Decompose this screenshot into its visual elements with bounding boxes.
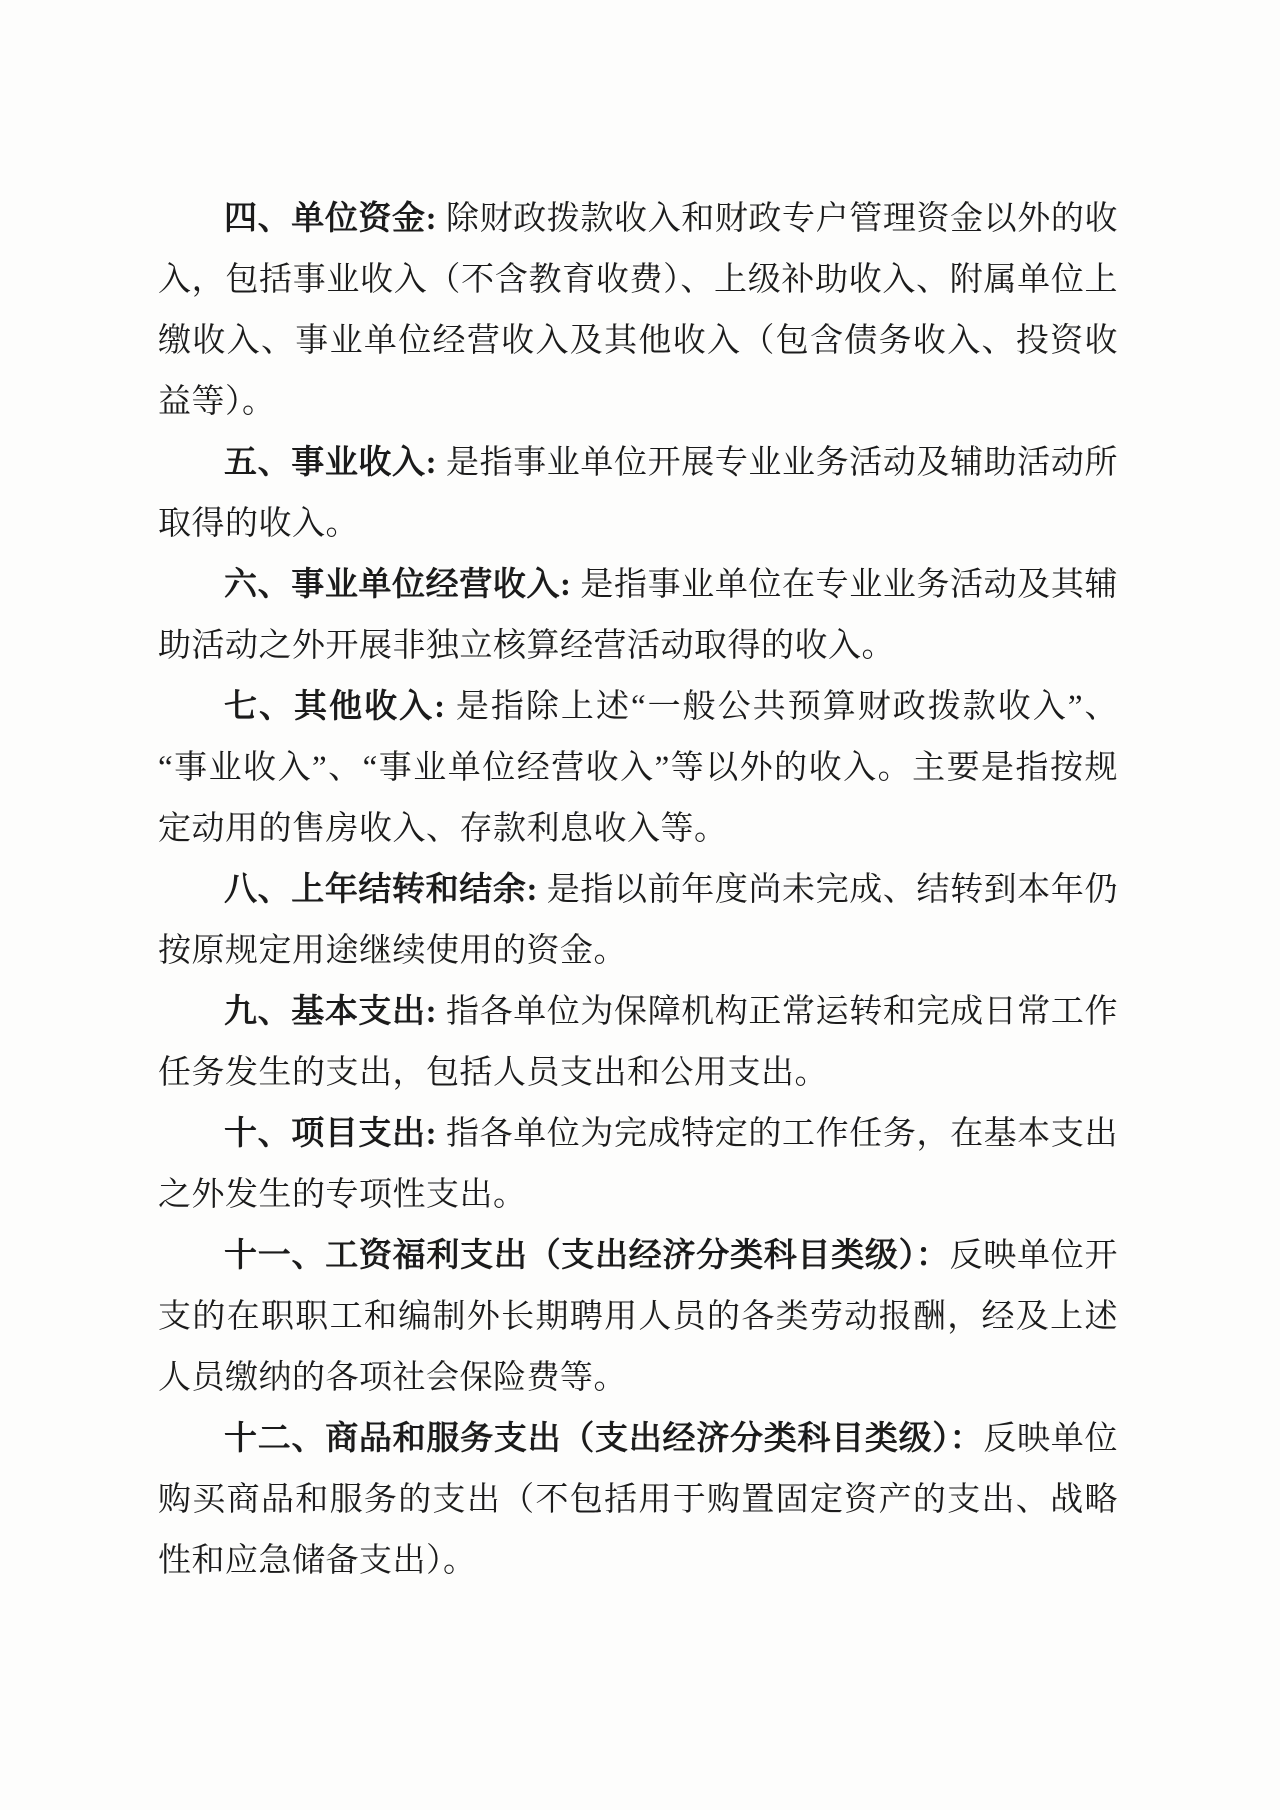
term-label: 九、基本支出: [224, 994, 437, 1030]
term-label: 七、其他收入: [224, 689, 446, 725]
definition-paragraph-other-income: 七、其他收入: 是指除上述“一般公共预算财政拨款收入”、“事业收入”、“事业单位… [158, 677, 1118, 860]
document-body: 四、单位资金: 除财政拨款收入和财政专户管理资金以外的收入，包括事业收入（不含教… [158, 189, 1118, 1592]
definition-paragraph-operating-income: 六、事业单位经营收入: 是指事业单位在专业业务活动及其辅助活动之外开展非独立核算… [158, 555, 1118, 677]
term-label: 六、事业单位经营收入: [224, 567, 572, 603]
term-label: 十一、工资福利支出（支出经济分类科目类级）： [224, 1238, 950, 1274]
definition-paragraph-carryover-balance: 八、上年结转和结余: 是指以前年度尚未完成、结转到本年仍按原规定用途继续使用的资… [158, 860, 1118, 982]
definition-paragraph-unit-funds: 四、单位资金: 除财政拨款收入和财政专户管理资金以外的收入，包括事业收入（不含教… [158, 189, 1118, 433]
term-label: 十二、商品和服务支出（支出经济分类科目类级）： [224, 1421, 983, 1457]
definition-paragraph-salary-welfare-expenditure: 十一、工资福利支出（支出经济分类科目类级）：反映单位开支的在职职工和编制外长期聘… [158, 1226, 1118, 1409]
definition-paragraph-business-income: 五、事业收入: 是指事业单位开展专业业务活动及辅助活动所取得的收入。 [158, 433, 1118, 555]
document-page: 四、单位资金: 除财政拨款收入和财政专户管理资金以外的收入，包括事业收入（不含教… [0, 0, 1280, 1810]
definition-paragraph-project-expenditure: 十、项目支出: 指各单位为完成特定的工作任务，在基本支出之外发生的专项性支出。 [158, 1104, 1118, 1226]
definition-paragraph-goods-services-expenditure: 十二、商品和服务支出（支出经济分类科目类级）：反映单位购买商品和服务的支出（不包… [158, 1409, 1118, 1592]
definition-paragraph-basic-expenditure: 九、基本支出: 指各单位为保障机构正常运转和完成日常工作任务发生的支出，包括人员… [158, 982, 1118, 1104]
term-label: 十、项目支出: [224, 1116, 437, 1152]
term-label: 五、事业收入: [224, 445, 437, 481]
term-label: 四、单位资金: [224, 201, 437, 237]
term-label: 八、上年结转和结余: [224, 872, 538, 908]
